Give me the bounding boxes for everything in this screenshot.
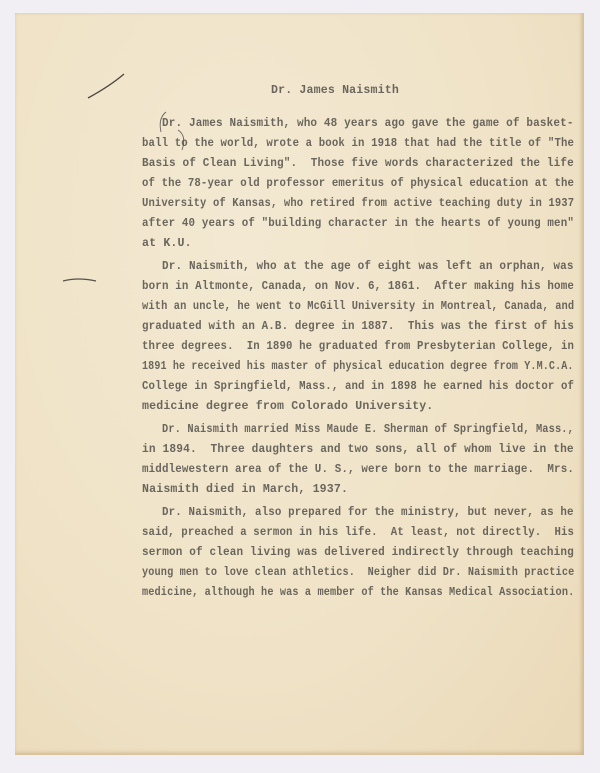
paragraph-2-line-5: three degrees. In 1890 he graduated from…: [142, 340, 574, 353]
document-title: Dr. James Naismith: [271, 84, 399, 97]
paragraph-3-line-4: Naismith died in March, 1937.: [142, 483, 348, 496]
paragraph-4-line-4: young men to love clean athletics. Neigh…: [142, 566, 574, 579]
paragraph-1-line-4: of the 78-year old professor emeritus of…: [142, 177, 574, 190]
paragraph-3-line-3: middlewestern area of the U. S., were bo…: [142, 463, 574, 476]
pencil-mark-margin-dash: [60, 275, 100, 285]
paragraph-1-line-7: at K.U.: [142, 237, 192, 250]
paragraph-1-line-3: Basis of Clean Living". Those five words…: [142, 157, 574, 170]
paragraph-3-line-1: Dr. Naismith married Miss Maude E. Sherm…: [162, 423, 574, 436]
paragraph-2-line-6: 1891 he received his master of physical …: [142, 360, 574, 373]
paragraph-1-line-5: University of Kansas, who retired from a…: [142, 197, 574, 210]
paragraph-3-line-2: in 1894. Three daughters and two sons, a…: [142, 443, 574, 456]
paragraph-1-line-1: Dr. James Naismith, who 48 years ago gav…: [162, 117, 574, 130]
paragraph-4-line-5: medicine, although he was a member of th…: [142, 586, 574, 599]
paragraph-1-line-2: ball to the world, wrote a book in 1918 …: [142, 137, 574, 150]
paragraph-2-line-2: born in Altmonte, Canada, on Nov. 6, 186…: [142, 280, 574, 293]
paragraph-2-line-7: College in Springfield, Mass., and in 18…: [142, 380, 574, 393]
paragraph-2-line-4: graduated with an A.B. degree in 1887. T…: [142, 320, 574, 333]
paragraph-4-line-3: sermon of clean living was delivered ind…: [142, 546, 574, 559]
paragraph-4-line-2: said, preached a sermon in his life. At …: [142, 526, 574, 539]
paragraph-4-line-1: Dr. Naismith, also prepared for the mini…: [162, 506, 574, 519]
paragraph-1-line-6: after 40 years of "building character in…: [142, 217, 574, 230]
typewritten-page: Dr. James Naismith Dr. James Naismith, w…: [15, 13, 584, 755]
paragraph-2-line-8: medicine degree from Colorado University…: [142, 400, 433, 413]
pencil-mark-top-left: [70, 68, 130, 103]
paragraph-2-line-3: with an uncle, he went to McGill Univers…: [142, 300, 574, 313]
paragraph-2-line-1: Dr. Naismith, who at the age of eight wa…: [162, 260, 574, 273]
